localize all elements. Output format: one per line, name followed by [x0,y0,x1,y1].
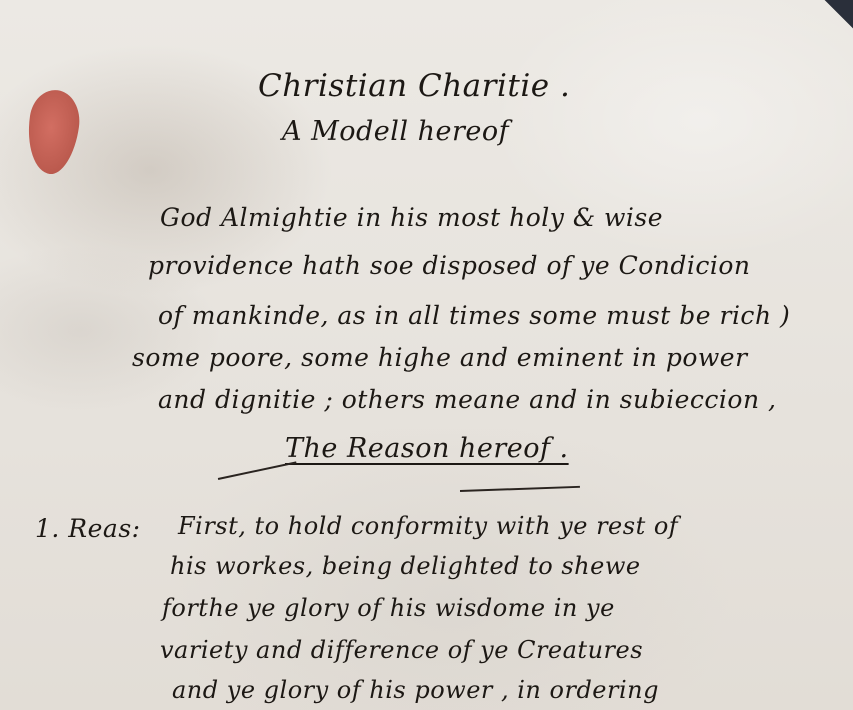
manuscript-subtitle: A Modell hereof [282,116,509,147]
page-corner-fold [813,0,853,30]
reason-label: 1. Reas: [35,514,141,543]
paragraph-line: and dignitie ; others meane and in subie… [158,385,776,414]
flourish-stroke [460,486,580,492]
reason-line: First, to hold conformity with ye rest o… [178,512,678,540]
section-heading: The Reason hereof . [285,433,569,464]
paragraph-line: some poore, some highe and eminent in po… [132,343,748,372]
manuscript-title: Christian Charitie . [258,68,570,104]
paragraph-line: God Almightie in his most holy & wise [160,203,663,232]
flourish-stroke [218,461,297,479]
red-wax-seal-fragment [22,87,83,177]
reason-line: forthe ye glory of his wisdome in ye [162,594,615,622]
manuscript-page: Christian Charitie . A Modell hereof God… [0,0,853,710]
reason-line: and ye glory of his power , in ordering [172,676,659,704]
reason-line: his workes, being delighted to shewe [170,552,641,580]
reason-line: variety and difference of ye Creatures [160,636,643,664]
paragraph-line: providence hath soe disposed of ye Condi… [148,251,751,280]
paragraph-line: of mankinde, as in all times some must b… [158,301,790,330]
